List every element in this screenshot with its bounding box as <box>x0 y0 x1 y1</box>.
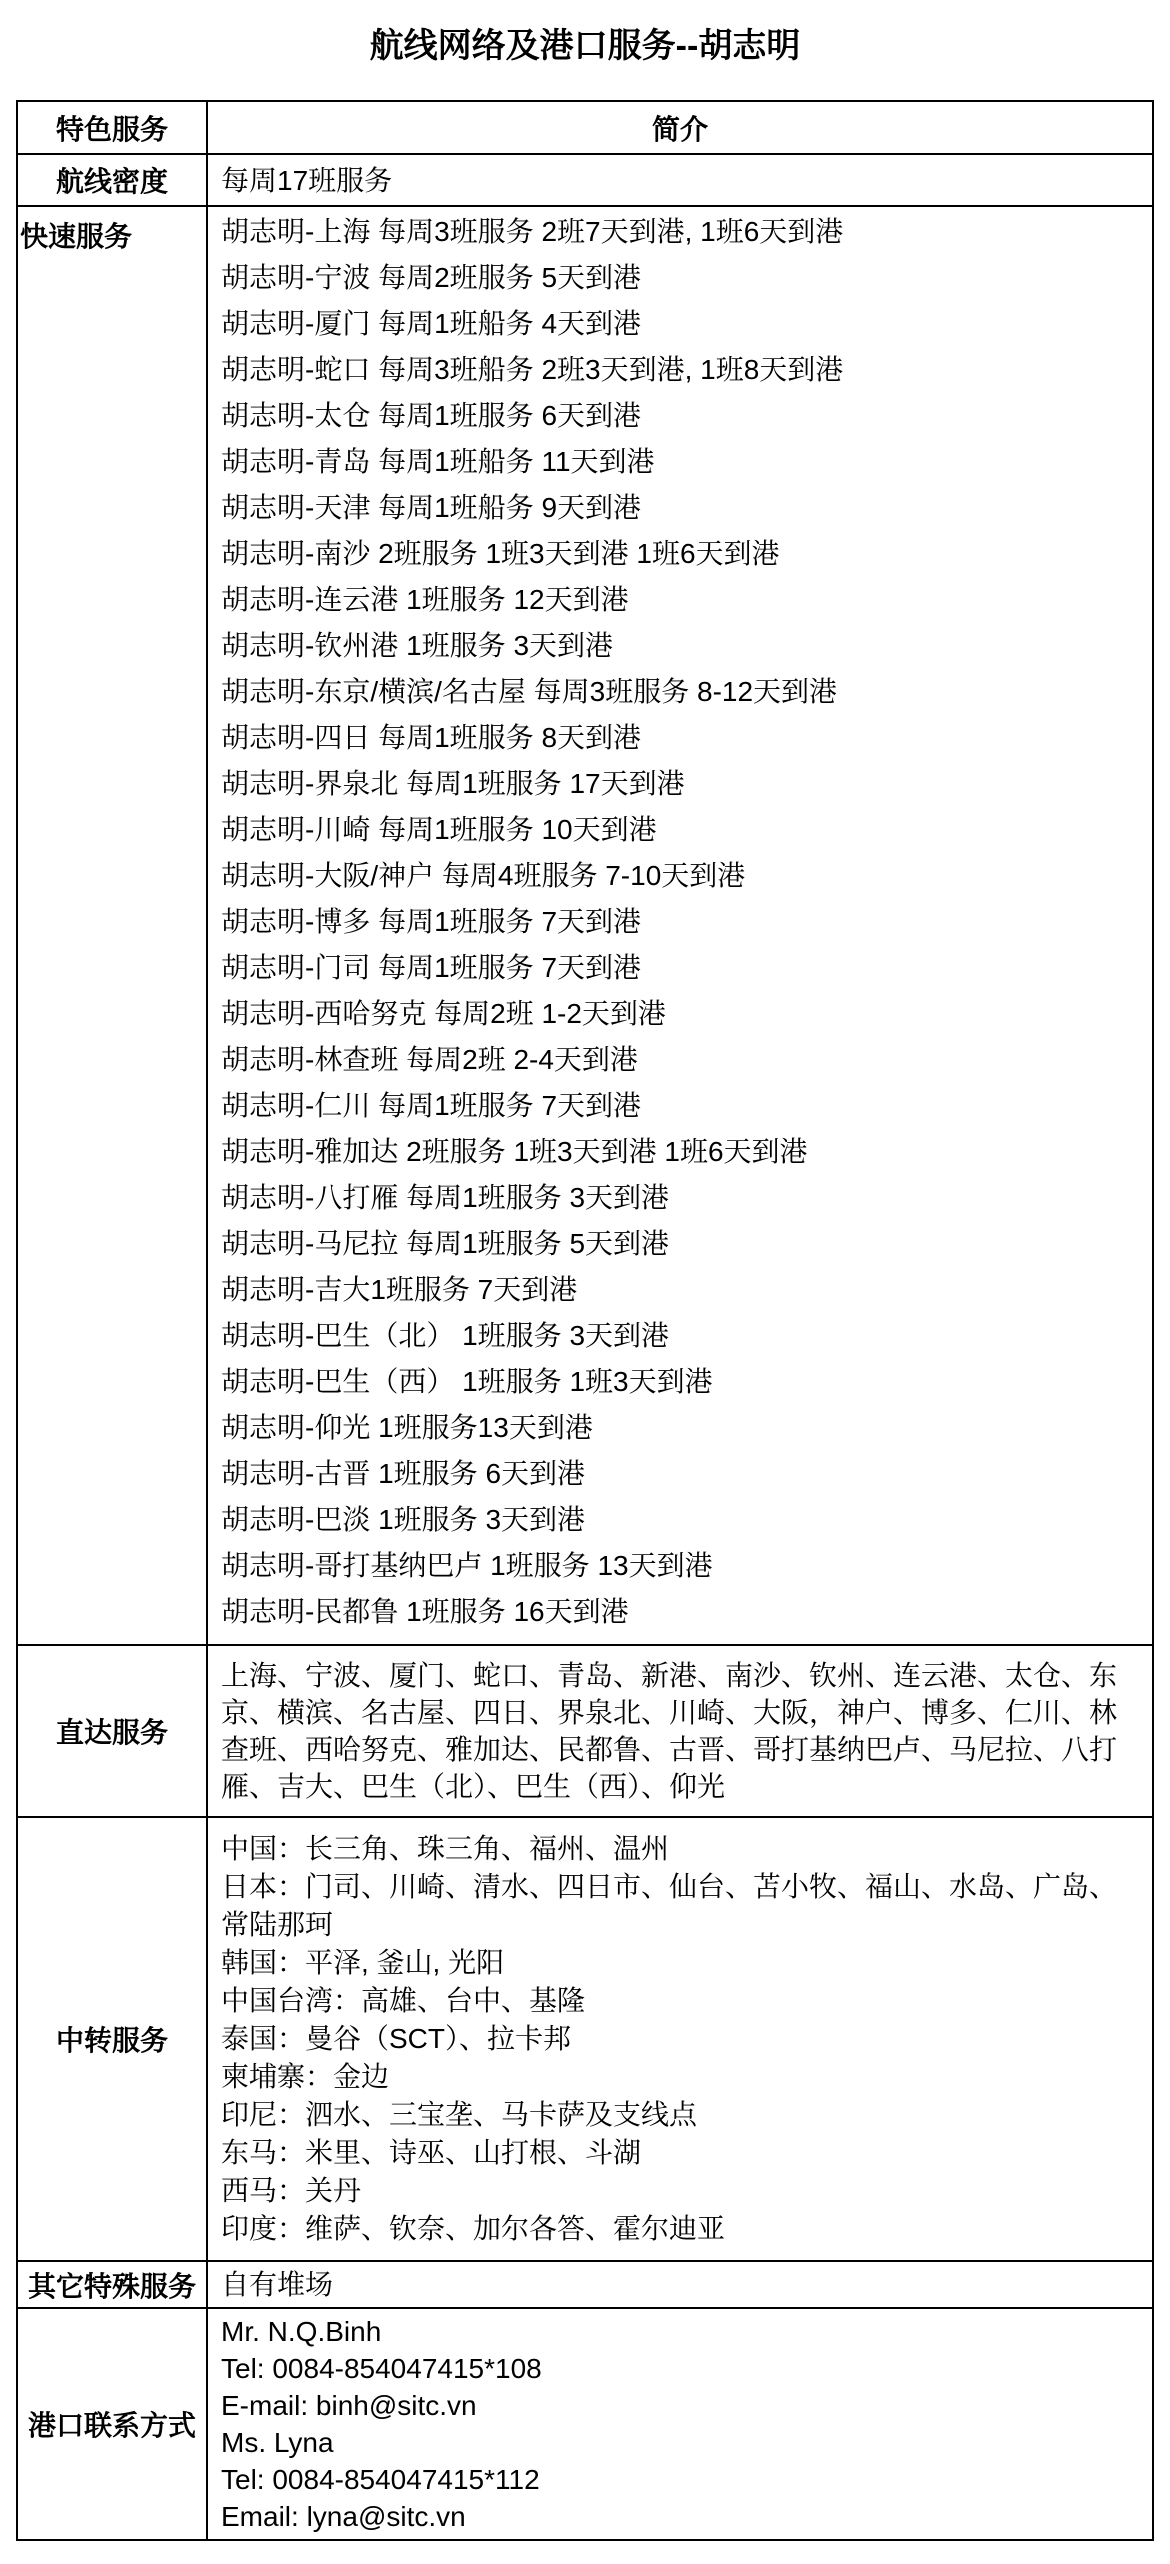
text-line: 印度：维萨、钦奈、加尔各答、霍尔迪亚 <box>221 2210 1138 2248</box>
route-density-row: 航线密度 每周17班服务 <box>17 154 1153 206</box>
services-table: 特色服务 简介 航线密度 每周17班服务 快速服务 胡志明-上海 每周3班服务 … <box>16 100 1154 2541</box>
text-line: 自有堆场 <box>221 2266 1138 2303</box>
text-line: 中国：长三角、珠三角、福州、温州 <box>221 1830 1138 1868</box>
header-intro-col: 简介 <box>207 101 1153 154</box>
text-line: Tel: 0084-854047415*108 <box>221 2350 1138 2387</box>
express-service-row: 快速服务 胡志明-上海 每周3班服务 2班7天到港, 1班6天到港胡志明-宁波 … <box>17 206 1153 1645</box>
row-label: 港口联系方式 <box>17 2308 207 2540</box>
page: { "page": { "title": "航线网络及港口服务--胡志明" },… <box>0 0 1170 2564</box>
text-line: 胡志明-厦门 每周1班船务 4天到港 <box>221 306 1138 341</box>
text-line: 胡志明-巴生（北） 1班服务 3天到港 <box>221 1318 1138 1353</box>
text-line: 胡志明-上海 每周3班服务 2班7天到港, 1班6天到港 <box>221 214 1138 249</box>
text-line: 胡志明-雅加达 2班服务 1班3天到港 1班6天到港 <box>221 1134 1138 1169</box>
text-line: 韩国：平泽, 釜山, 光阳 <box>221 1944 1138 1982</box>
text-line: 胡志明-太仓 每周1班服务 6天到港 <box>221 398 1138 433</box>
row-content: 胡志明-上海 每周3班服务 2班7天到港, 1班6天到港胡志明-宁波 每周2班服… <box>207 206 1153 1645</box>
text-line: 胡志明-西哈努克 每周2班 1-2天到港 <box>221 996 1138 1031</box>
text-line: 胡志明-博多 每周1班服务 7天到港 <box>221 904 1138 939</box>
text-line: 胡志明-四日 每周1班服务 8天到港 <box>221 720 1138 755</box>
text-line: Mr. N.Q.Binh <box>221 2313 1138 2350</box>
page-title: 航线网络及港口服务--胡志明 <box>0 0 1170 100</box>
row-content: Mr. N.Q.BinhTel: 0084-854047415*108E-mai… <box>207 2308 1153 2540</box>
header-feature-col: 特色服务 <box>17 101 207 154</box>
text-line: 胡志明-民都鲁 1班服务 16天到港 <box>221 1594 1138 1629</box>
text-line: 胡志明-仰光 1班服务13天到港 <box>221 1410 1138 1445</box>
text-line: 西马：关丹 <box>221 2172 1138 2210</box>
text-line: 胡志明-青岛 每周1班船务 11天到港 <box>221 444 1138 479</box>
text-line: 胡志明-大阪/神户 每周4班服务 7-10天到港 <box>221 858 1138 893</box>
text-line: 胡志明-巴生（西） 1班服务 1班3天到港 <box>221 1364 1138 1399</box>
text-line: 胡志明-古晋 1班服务 6天到港 <box>221 1456 1138 1491</box>
text-line: 柬埔寨：金边 <box>221 2058 1138 2096</box>
text-line: 胡志明-门司 每周1班服务 7天到港 <box>221 950 1138 985</box>
transit-service-row: 中转服务 中国：长三角、珠三角、福州、温州日本：门司、川崎、清水、四日市、仙台、… <box>17 1817 1153 2261</box>
text-line: 胡志明-宁波 每周2班服务 5天到港 <box>221 260 1138 295</box>
text-line: 每周17班服务 <box>221 162 1138 199</box>
row-content: 上海、宁波、厦门、蛇口、青岛、新港、南沙、钦州、连云港、太仓、东京、横滨、名古屋… <box>207 1645 1153 1817</box>
text-line: 东马：米里、诗巫、山打根、斗湖 <box>221 2134 1138 2172</box>
text-line: 泰国：曼谷（SCT）、拉卡邦 <box>221 2020 1138 2058</box>
text-line: 胡志明-仁川 每周1班服务 7天到港 <box>221 1088 1138 1123</box>
row-content: 自有堆场 <box>207 2261 1153 2308</box>
text-line: 胡志明-林查班 每周2班 2-4天到港 <box>221 1042 1138 1077</box>
row-content: 中国：长三角、珠三角、福州、温州日本：门司、川崎、清水、四日市、仙台、苫小牧、福… <box>207 1817 1153 2261</box>
text-line: 胡志明-马尼拉 每周1班服务 5天到港 <box>221 1226 1138 1261</box>
text-line: 日本：门司、川崎、清水、四日市、仙台、苫小牧、福山、水岛、广岛、常陆那珂 <box>221 1868 1138 1944</box>
text-line: 胡志明-南沙 2班服务 1班3天到港 1班6天到港 <box>221 536 1138 571</box>
text-line: E-mail: binh@sitc.vn <box>221 2387 1138 2424</box>
text-line: 印尼：泗水、三宝垄、马卡萨及支线点 <box>221 2096 1138 2134</box>
text-line: 胡志明-连云港 1班服务 12天到港 <box>221 582 1138 617</box>
text-line: 胡志明-巴淡 1班服务 3天到港 <box>221 1502 1138 1537</box>
direct-service-row: 直达服务 上海、宁波、厦门、蛇口、青岛、新港、南沙、钦州、连云港、太仓、东京、横… <box>17 1645 1153 1817</box>
text-line: 中国台湾：高雄、台中、基隆 <box>221 1982 1138 2020</box>
text-line: Ms. Lyna <box>221 2424 1138 2461</box>
text-line: 胡志明-川崎 每周1班服务 10天到港 <box>221 812 1138 847</box>
text-line: 胡志明-钦州港 1班服务 3天到港 <box>221 628 1138 663</box>
text-line: 胡志明-界泉北 每周1班服务 17天到港 <box>221 766 1138 801</box>
text-line: 胡志明-吉大1班服务 7天到港 <box>221 1272 1138 1307</box>
text-line: 胡志明-蛇口 每周3班船务 2班3天到港, 1班8天到港 <box>221 352 1138 387</box>
table-header-row: 特色服务 简介 <box>17 101 1153 154</box>
row-label: 航线密度 <box>17 154 207 206</box>
other-special-service-row: 其它特殊服务 自有堆场 <box>17 2261 1153 2308</box>
port-contact-row: 港口联系方式 Mr. N.Q.BinhTel: 0084-854047415*1… <box>17 2308 1153 2540</box>
text-line: 胡志明-天津 每周1班船务 9天到港 <box>221 490 1138 525</box>
row-label: 中转服务 <box>17 1817 207 2261</box>
row-content: 每周17班服务 <box>207 154 1153 206</box>
text-line: Tel: 0084-854047415*112 <box>221 2461 1138 2498</box>
row-label: 直达服务 <box>17 1645 207 1817</box>
row-label: 其它特殊服务 <box>17 2261 207 2308</box>
text-line: 胡志明-东京/横滨/名古屋 每周3班服务 8-12天到港 <box>221 674 1138 709</box>
text-line: 上海、宁波、厦门、蛇口、青岛、新港、南沙、钦州、连云港、太仓、东京、横滨、名古屋… <box>221 1657 1138 1805</box>
text-line: 胡志明-八打雁 每周1班服务 3天到港 <box>221 1180 1138 1215</box>
row-label: 快速服务 <box>17 206 207 1645</box>
text-line: Email: lyna@sitc.vn <box>221 2498 1138 2535</box>
text-line: 胡志明-哥打基纳巴卢 1班服务 13天到港 <box>221 1548 1138 1583</box>
